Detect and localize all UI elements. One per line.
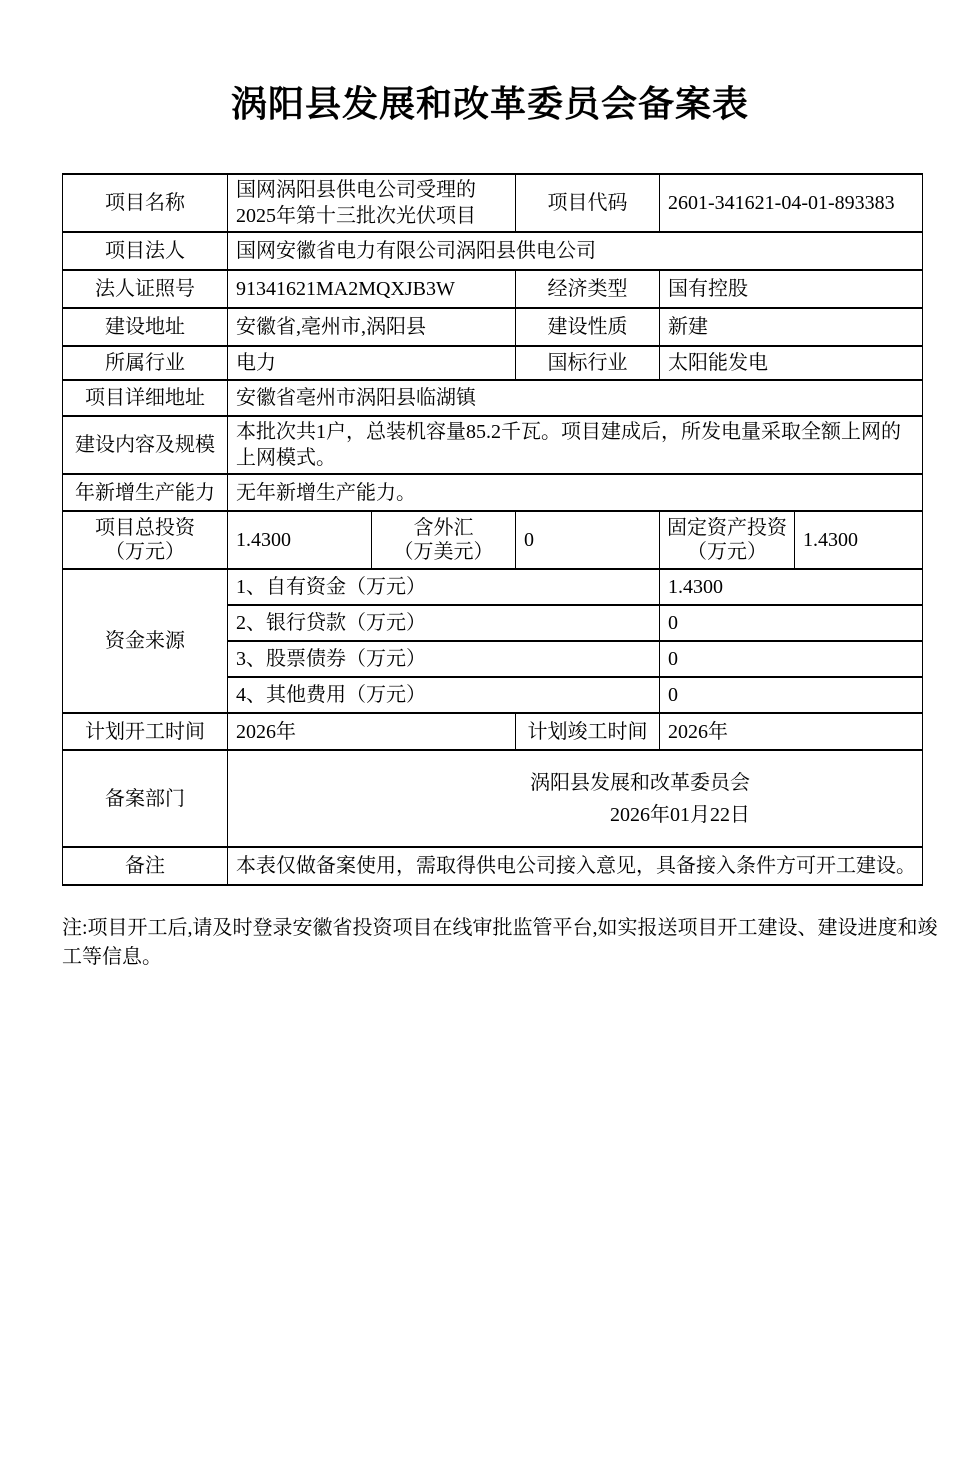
label-fixed-assets: 固定资产投资 （万元） <box>660 511 795 569</box>
value-remarks: 本表仅做备案使用，需取得供电公司接入意见，具备接入条件方可开工建设。 <box>228 847 923 885</box>
funding-item-1-label: 1、自有资金（万元） <box>228 569 660 605</box>
funding-item-3-value: 0 <box>660 641 923 677</box>
label-legal-person: 项目法人 <box>63 232 228 270</box>
footnote: 注:项目开工后,请及时登录安徽省投资项目在线审批监管平台,如实报送项目开工建设、… <box>62 914 938 972</box>
row-remarks: 备注 本表仅做备案使用，需取得供电公司接入意见，具备接入条件方可开工建设。 <box>63 847 923 885</box>
value-license-no: 91341621MA2MQXJB3W <box>228 270 516 308</box>
total-investment-label-line1: 项目总投资 <box>65 516 225 540</box>
project-name-text: 国网涡阳县供电公司受理的2025年第十三批次光伏项目 <box>236 177 492 229</box>
row-industry: 所属行业 电力 国标行业 太阳能发电 <box>63 346 923 380</box>
funding-item-2-value: 0 <box>660 605 923 641</box>
value-construction-nature: 新建 <box>660 308 923 346</box>
value-scale: 本批次共1户，总装机容量85.2千瓦。项目建成后，所发电量采取全额上网的上网模式… <box>228 416 923 474</box>
filing-form-table: 项目名称 国网涡阳县供电公司受理的2025年第十三批次光伏项目 项目代码 260… <box>62 173 923 886</box>
funding-item-4-label: 4、其他费用（万元） <box>228 677 660 713</box>
fixed-assets-label-line1: 固定资产投资 <box>662 516 792 540</box>
value-new-capacity: 无年新增生产能力。 <box>228 474 923 511</box>
foreign-exchange-label-line2: （万美元） <box>374 540 513 564</box>
value-project-name: 国网涡阳县供电公司受理的2025年第十三批次光伏项目 <box>228 174 516 232</box>
value-legal-person: 国网安徽省电力有限公司涡阳县供电公司 <box>228 232 923 270</box>
filing-department-name: 涡阳县发展和改革委员会 <box>236 767 750 799</box>
label-filing-department: 备案部门 <box>63 750 228 847</box>
label-construction-address: 建设地址 <box>63 308 228 346</box>
value-national-industry: 太阳能发电 <box>660 346 923 380</box>
label-total-investment: 项目总投资 （万元） <box>63 511 228 569</box>
label-project-name: 项目名称 <box>63 174 228 232</box>
label-construction-nature: 建设性质 <box>516 308 660 346</box>
label-new-capacity: 年新增生产能力 <box>63 474 228 511</box>
document-page: 涡阳县发展和改革委员会备案表 项目名称 国网涡阳县供电公司受理的2025年第十三… <box>0 76 980 972</box>
label-remarks: 备注 <box>63 847 228 885</box>
value-foreign-exchange: 0 <box>516 511 660 569</box>
label-economic-type: 经济类型 <box>516 270 660 308</box>
value-economic-type: 国有控股 <box>660 270 923 308</box>
row-project-name: 项目名称 国网涡阳县供电公司受理的2025年第十三批次光伏项目 项目代码 260… <box>63 174 923 232</box>
funding-item-4-value: 0 <box>660 677 923 713</box>
label-project-code: 项目代码 <box>516 174 660 232</box>
funding-item-2-label: 2、银行贷款（万元） <box>228 605 660 641</box>
value-planned-completion: 2026年 <box>660 713 923 750</box>
label-funding-source: 资金来源 <box>63 569 228 713</box>
total-investment-label-line2: （万元） <box>65 540 225 564</box>
label-industry: 所属行业 <box>63 346 228 380</box>
label-detailed-address: 项目详细地址 <box>63 380 228 416</box>
label-foreign-exchange: 含外汇 （万美元） <box>372 511 516 569</box>
row-schedule: 计划开工时间 2026年 计划竣工时间 2026年 <box>63 713 923 750</box>
value-construction-address: 安徽省,亳州市,涡阳县 <box>228 308 516 346</box>
value-fixed-assets: 1.4300 <box>795 511 923 569</box>
row-new-capacity: 年新增生产能力 无年新增生产能力。 <box>63 474 923 511</box>
row-scale: 建设内容及规模 本批次共1户，总装机容量85.2千瓦。项目建成后，所发电量采取全… <box>63 416 923 474</box>
label-planned-start: 计划开工时间 <box>63 713 228 750</box>
value-detailed-address: 安徽省亳州市涡阳县临湖镇 <box>228 380 923 416</box>
page-title: 涡阳县发展和改革委员会备案表 <box>0 76 980 127</box>
value-industry: 电力 <box>228 346 516 380</box>
row-investment: 项目总投资 （万元） 1.4300 含外汇 （万美元） 0 固定资产投资 （万元… <box>63 511 923 569</box>
fixed-assets-label-line2: （万元） <box>662 540 792 564</box>
row-filing-department: 备案部门 涡阳县发展和改革委员会 2026年01月22日 <box>63 750 923 847</box>
value-project-code: 2601-341621-04-01-893383 <box>660 174 923 232</box>
label-scale: 建设内容及规模 <box>63 416 228 474</box>
value-filing-department: 涡阳县发展和改革委员会 2026年01月22日 <box>228 750 923 847</box>
label-planned-completion: 计划竣工时间 <box>516 713 660 750</box>
row-detailed-address: 项目详细地址 安徽省亳州市涡阳县临湖镇 <box>63 380 923 416</box>
value-total-investment: 1.4300 <box>228 511 372 569</box>
row-funding-item-1: 资金来源 1、自有资金（万元） 1.4300 <box>63 569 923 605</box>
row-construction-address: 建设地址 安徽省,亳州市,涡阳县 建设性质 新建 <box>63 308 923 346</box>
foreign-exchange-label-line1: 含外汇 <box>374 516 513 540</box>
filing-date: 2026年01月22日 <box>236 799 750 831</box>
funding-item-3-label: 3、股票债券（万元） <box>228 641 660 677</box>
label-license-no: 法人证照号 <box>63 270 228 308</box>
value-planned-start: 2026年 <box>228 713 516 750</box>
funding-item-1-value: 1.4300 <box>660 569 923 605</box>
label-national-industry: 国标行业 <box>516 346 660 380</box>
row-license-no: 法人证照号 91341621MA2MQXJB3W 经济类型 国有控股 <box>63 270 923 308</box>
row-legal-person: 项目法人 国网安徽省电力有限公司涡阳县供电公司 <box>63 232 923 270</box>
